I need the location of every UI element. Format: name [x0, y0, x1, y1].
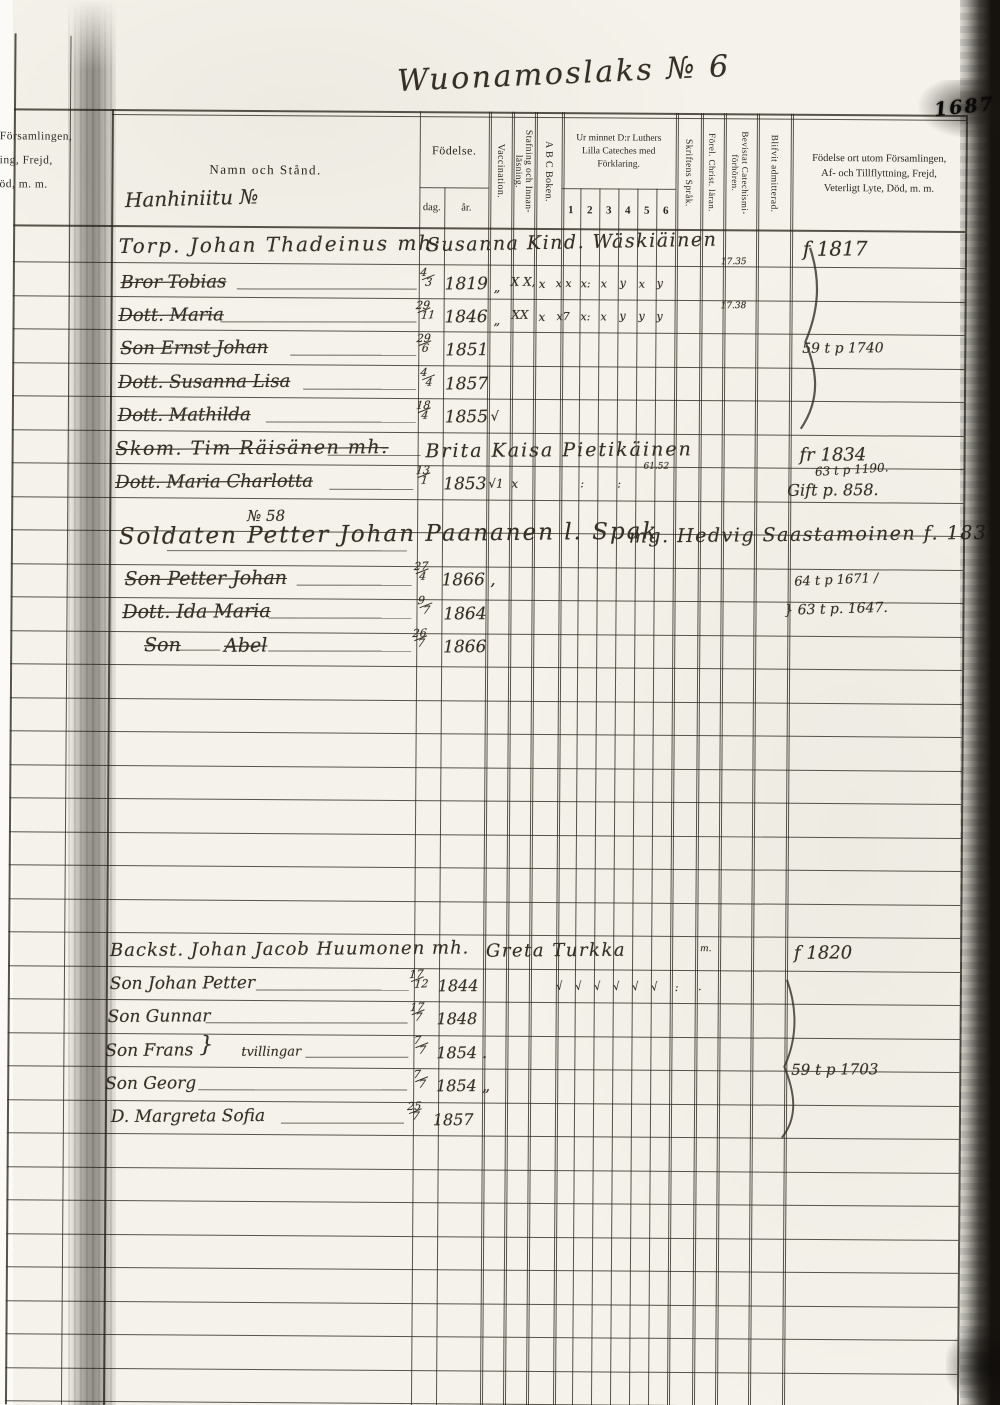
catechism-subcol-number: 6: [656, 192, 675, 229]
table-grid: [1, 0, 1000, 6]
handwritten-entry: Dott. Maria: [118, 304, 224, 326]
left-edge-fragment: öd, m. m.: [0, 178, 48, 190]
date-fraction-part: 6: [421, 344, 429, 353]
handwritten-entry: x: [600, 310, 606, 323]
handwriting-layer: Hanhiniitu №Torp. Johan Thadeinus mh:Sus…: [1, 0, 1000, 6]
grid-line: [610, 189, 619, 1405]
handwritten-entry: 17.38: [721, 301, 747, 311]
handwritten-entry: Son Frans: [105, 1040, 193, 1061]
handwritten-entry: Son Petter Johan: [124, 567, 287, 590]
date-fraction-part: 7: [417, 639, 425, 648]
handwritten-entry: D. Margreta Sofia: [111, 1106, 265, 1127]
handwritten-entry: m.: [700, 944, 711, 954]
catechism-subcolumns: 123456: [1, 0, 1000, 6]
handwritten-entry: 1844: [438, 976, 479, 995]
handwritten-entry: 2911: [415, 300, 437, 320]
handwritten-entry: x: [639, 278, 645, 291]
col-header-birth: Födelse.: [419, 114, 489, 187]
ink-stroke: [266, 422, 416, 423]
date-fraction-part: 1: [420, 476, 428, 485]
grid-line: [572, 188, 581, 1405]
handwritten-entry: Dott. Maria Charlotta: [115, 471, 313, 493]
handwritten-entry: 77: [412, 1069, 429, 1089]
col-header-birth-day: dag.: [419, 187, 444, 227]
handwritten-entry: f 1817: [803, 236, 868, 260]
grid-line: [526, 112, 536, 1405]
handwritten-entry: Dott. Ida Maria: [122, 600, 270, 623]
handwritten-entry: Torp. Johan Thadeinus mh:: [119, 231, 442, 258]
ink-stroke: [176, 650, 220, 651]
handwritten-entry: 1857: [433, 1110, 474, 1129]
handwritten-entry: y: [620, 277, 626, 290]
handwritten-entry: 177: [409, 1002, 426, 1022]
date-fraction-part: 4: [425, 378, 433, 387]
handwritten-entry: 64 t p 1671 /: [794, 571, 879, 590]
catechism-subcol-number: 5: [637, 192, 656, 229]
ink-stroke: [303, 389, 416, 390]
col-header-birth-year: år.: [444, 187, 488, 227]
date-fraction-part: 7: [418, 1080, 426, 1089]
handwritten-entry: Dott. Susanna Lisa: [118, 371, 291, 393]
grid-line: [480, 112, 490, 1405]
grid-line: [957, 115, 968, 1405]
handwritten-entry: x: [511, 477, 518, 491]
handwritten-entry: 44: [419, 368, 436, 388]
sheet: Församlingen, ing, Frejd, öd, m. m. Wuon…: [0, 0, 1000, 1405]
handwritten-entry: 1851: [445, 340, 488, 360]
handwritten-entry: Dott. Mathilda: [118, 404, 251, 426]
handwritten-entry: y: [638, 310, 644, 323]
date-fraction-part: 7: [415, 1013, 423, 1022]
left-edge-fragment: ing, Frejd,: [0, 154, 53, 166]
handwritten-entry: }: [199, 1033, 213, 1058]
col-header-reading: Stafning och Innan- läsning.: [511, 115, 535, 228]
ink-stroke: [305, 1057, 408, 1058]
handwritten-entry: x: [538, 310, 545, 324]
handwritten-entry: 43: [419, 268, 436, 288]
handwritten-entry: 274: [413, 561, 430, 581]
handwritten-entry: Susanna Kind. Wäskiäinen: [427, 229, 718, 257]
handwritten-entry: x x: [556, 277, 572, 290]
col-header-catechism: Ur minnet D:r Luthers Lilla Cateches med…: [561, 115, 676, 189]
ink-stroke: [198, 1089, 407, 1090]
handwritten-entry: tvillingar: [241, 1045, 301, 1060]
handwritten-entry: 1846: [444, 307, 487, 327]
date-fraction-part: 4: [419, 572, 427, 581]
handwritten-entry: 1857: [445, 374, 488, 394]
handwritten-entry: :: [617, 478, 621, 491]
handwritten-entry: √: [612, 980, 621, 994]
handwritten-entry: 1864: [443, 604, 486, 624]
catechism-subcol-number: 2: [580, 191, 599, 228]
handwritten-entry: 59 t p 1703: [791, 1060, 878, 1079]
ink-stroke: [237, 288, 417, 289]
grid-line: [667, 113, 677, 1405]
handwritten-entry: 61.52: [643, 462, 669, 472]
handwritten-entry: .: [698, 979, 702, 993]
grid-line: [503, 112, 513, 1405]
handwritten-entry: 59 t p 1740: [802, 340, 884, 357]
handwritten-entry: Abel: [224, 634, 267, 656]
ink-stroke: [268, 618, 411, 619]
handwritten-entry: mg. Hedvig Saastamoinen f. 183: [629, 522, 988, 548]
handwritten-entry: √: [555, 979, 564, 993]
ink-stroke: [281, 1123, 404, 1124]
ink-stroke: [256, 989, 409, 990]
date-fraction-part: 4: [421, 411, 429, 420]
handwritten-entry: Hanhiniitu №: [125, 184, 259, 212]
catechism-subcol-number: 1: [561, 191, 580, 228]
date-fraction-part: 7: [423, 606, 431, 615]
handwritten-entry: Greta Turkka: [486, 940, 626, 962]
catechism-subcol-number: 3: [599, 191, 618, 228]
handwritten-entry: :: [675, 981, 679, 994]
handwritten-entry: x:: [580, 310, 590, 323]
left-edge-fragment: Församlingen,: [0, 130, 72, 143]
handwritten-entry: Son Ernst Johan: [120, 337, 268, 359]
handwritten-entry: 296: [415, 333, 432, 353]
page-title: Wuonamoslaks № 6: [396, 49, 731, 99]
handwritten-entry: Bror Tobias: [121, 271, 227, 293]
grid-line: [692, 113, 702, 1405]
ink-stroke: [329, 489, 413, 490]
handwritten-entry: 1866: [443, 637, 486, 657]
handwritten-entry: 1866 ,: [442, 570, 496, 590]
handwritten-entry: √1: [488, 477, 503, 491]
handwritten-entry: √: [631, 980, 640, 994]
handwritten-entry: Gift p. 858.: [787, 480, 879, 500]
handwritten-entry: y: [619, 310, 625, 323]
handwritten-entry: f 1820: [794, 942, 852, 963]
grid-line: [648, 189, 657, 1405]
handwritten-entry: 97: [416, 595, 433, 615]
grid-line: [103, 109, 114, 1405]
handwritten-entry: 1854 .: [436, 1043, 487, 1062]
handwritten-entry: 267: [411, 628, 428, 648]
handwritten-entry: 257: [406, 1101, 423, 1121]
col-header-christian-doctrine: Förel. Christ. läran.: [700, 116, 724, 229]
col-header-vaccination: Vaccination.: [488, 115, 512, 228]
handwritten-entry: √: [650, 980, 659, 994]
handwritten-entry: XX: [511, 308, 528, 322]
col-header-notes: Födelse ort utom Församlingen, Af- och T…: [790, 117, 968, 231]
grid-line: [782, 114, 792, 1405]
grid-line: [553, 112, 563, 1405]
ink-stroke: [268, 651, 411, 652]
handwritten-entry: x7: [556, 310, 569, 323]
handwritten-entry: Backst. Johan Jacob Huumonen mh.: [110, 937, 470, 961]
handwritten-entry: 1712: [408, 969, 430, 989]
col-header-abc-book: A B C Boken.: [534, 115, 562, 228]
handwritten-entry: x:: [581, 277, 591, 290]
ink-stroke: [206, 1022, 408, 1023]
grid-line: [748, 114, 758, 1405]
ink-stroke: [167, 550, 407, 552]
handwritten-entry: 1819: [445, 274, 488, 294]
handwritten-entry: :: [580, 477, 584, 490]
handwritten-entry: } 63 t p. 1647.: [784, 600, 888, 619]
grid-line: [591, 188, 600, 1405]
handwritten-entry: Son Johan Petter: [110, 973, 255, 994]
ink-stroke: [290, 355, 416, 356]
handwritten-entry: √: [491, 410, 499, 425]
handwritten-entry: √: [593, 980, 602, 994]
handwritten-entry: Son Georg: [105, 1073, 196, 1094]
ink-stroke: [297, 585, 412, 586]
handwritten-entry: y: [657, 277, 663, 290]
grid-line: [436, 187, 446, 1405]
date-fraction-part: 11: [421, 310, 436, 320]
date-fraction-part: 7: [418, 1046, 426, 1055]
handwritten-entry: X X,: [511, 275, 536, 289]
handwritten-entry: „: [494, 281, 501, 296]
handwritten-entry: y: [656, 310, 662, 323]
col-header-admitted: Blifvit admitterad.: [756, 117, 791, 230]
handwritten-entry: 1855: [445, 407, 488, 427]
handwritten-entry: „: [493, 314, 500, 329]
col-header-script-language: Skriftens Språk.: [675, 116, 701, 229]
handwritten-entry: Brita Kaisa Pietikäinen: [425, 438, 692, 462]
handwritten-entry: 131: [414, 465, 431, 485]
ink-stroke: [221, 321, 417, 322]
handwritten-entry: 1848: [436, 1009, 477, 1028]
handwritten-entry: x: [539, 277, 546, 291]
col-header-catechism-meetings: Bevistat Catechismi- förhören.: [723, 116, 757, 229]
catechism-subcol-number: 4: [618, 192, 637, 229]
handwritten-entry: 77: [412, 1035, 429, 1055]
date-fraction-part: 3: [425, 278, 433, 287]
grid-line: [629, 189, 638, 1405]
handwritten-entry: 17.35: [721, 257, 747, 267]
date-fraction-part: 12: [414, 979, 429, 989]
handwritten-entry: Son: [144, 634, 181, 656]
scanned-register-page: Församlingen, ing, Frejd, öd, m. m. Wuon…: [0, 0, 1000, 1405]
handwritten-entry: 1854 „: [436, 1076, 490, 1095]
handwritten-entry: x: [601, 277, 607, 290]
handwritten-entry: 184: [415, 400, 432, 420]
handwritten-entry: √: [574, 979, 583, 993]
handwritten-entry: Son Gunnar: [107, 1006, 210, 1027]
date-fraction-part: 7: [412, 1112, 420, 1121]
handwritten-entry: Skom. Tim Räisänen mh.: [115, 436, 388, 460]
handwritten-entry: 1853: [443, 474, 486, 494]
